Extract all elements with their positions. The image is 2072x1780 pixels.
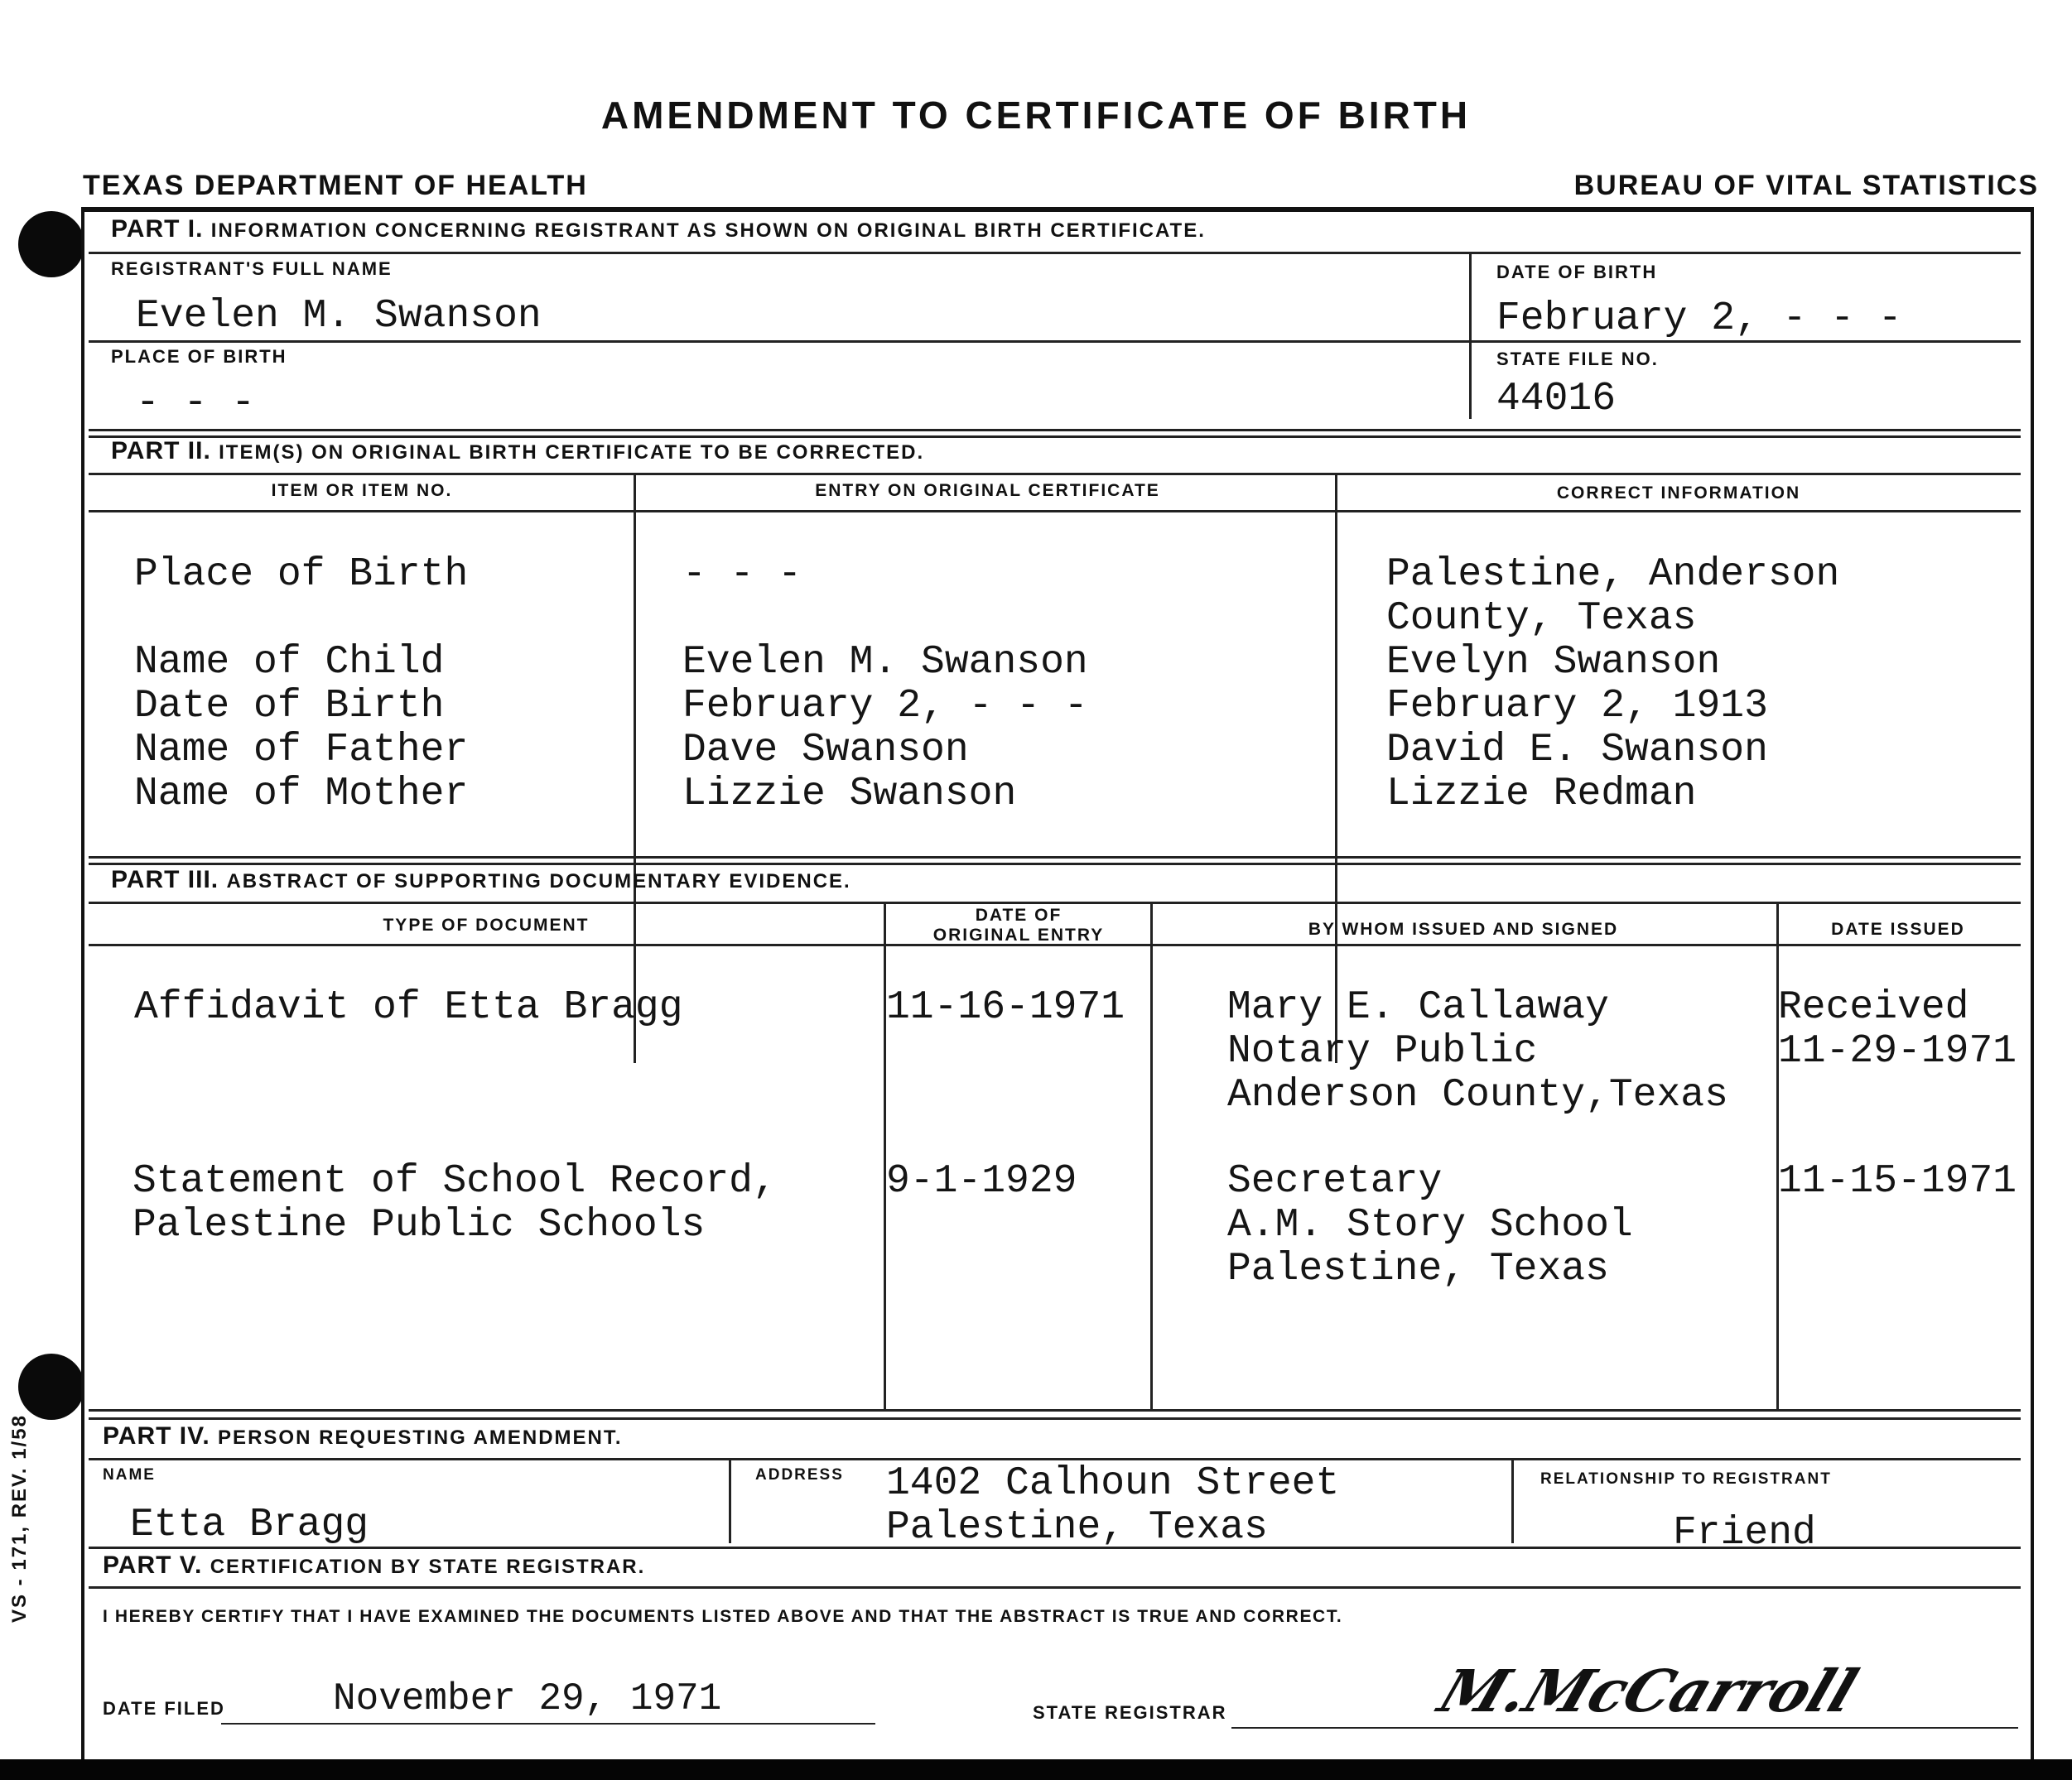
- file-no-value: 44016: [1496, 378, 1616, 421]
- punch-hole-top: [18, 211, 84, 277]
- document-title: AMENDMENT TO CERTIFICATE OF BIRTH: [0, 93, 2072, 137]
- part2-heading: PART II. ITEM(S) ON ORIGINAL BIRTH CERTI…: [111, 437, 924, 465]
- requester-address-value: 1402 Calhoun Street Palestine, Texas: [886, 1462, 1339, 1550]
- part2-correct-info: Palestine, Anderson County, Texas Evelyn…: [1386, 553, 1839, 816]
- relationship-label: RELATIONSHIP TO REGISTRANT: [1540, 1470, 1832, 1489]
- relationship-value: Friend: [1673, 1512, 1816, 1556]
- doc1-type: Affidavit of Etta Bragg: [134, 986, 683, 1030]
- part2-label: PART II.: [111, 437, 211, 464]
- doc2-date-entry: 9-1-1929: [886, 1160, 1077, 1204]
- dob-value: February 2, - - -: [1496, 297, 1902, 341]
- col-date-entry: DATE OF ORIGINAL ENTRY: [886, 906, 1151, 945]
- part3-title: ABSTRACT OF SUPPORTING DOCUMENTARY EVIDE…: [226, 870, 850, 892]
- part2-original-entries: - - - Evelen M. Swanson February 2, - - …: [682, 553, 1088, 816]
- date-filed-label: DATE FILED: [103, 1698, 225, 1720]
- full-name-value: Evelen M. Swanson: [136, 295, 542, 339]
- dob-label: DATE OF BIRTH: [1496, 262, 1657, 283]
- requester-name-value: Etta Bragg: [130, 1503, 369, 1547]
- part4-label: PART IV.: [103, 1422, 210, 1450]
- col-item: ITEM OR ITEM NO.: [89, 481, 635, 501]
- col-date-entry-line2: ORIGINAL ENTRY: [886, 926, 1151, 945]
- part5-title: CERTIFICATION BY STATE REGISTRAR.: [210, 1556, 646, 1578]
- full-name-label: REGISTRANT'S FULL NAME: [111, 258, 393, 280]
- col-type: TYPE OF DOCUMENT: [89, 916, 884, 936]
- registrar-label: STATE REGISTRAR: [1033, 1702, 1227, 1724]
- part1-label: PART I.: [111, 215, 203, 243]
- agency-right: BUREAU OF VITAL STATISTICS: [1574, 170, 2039, 202]
- scan-edge: [0, 1759, 2072, 1780]
- part3-heading: PART III. ABSTRACT OF SUPPORTING DOCUMEN…: [111, 866, 851, 894]
- col-correct: CORRECT INFORMATION: [1339, 483, 2018, 503]
- requester-name-label: NAME: [103, 1466, 156, 1484]
- place-of-birth-value: - - -: [136, 382, 255, 426]
- requester-address-label: ADDRESS: [755, 1466, 844, 1484]
- form-id: VS - 171, REV. 1/58: [8, 1414, 31, 1623]
- part2-items: Place of Birth Name of Child Date of Bir…: [134, 553, 468, 816]
- punch-hole-bottom: [18, 1354, 84, 1420]
- part3-label: PART III.: [111, 866, 219, 893]
- col-date-entry-line1: DATE OF: [886, 906, 1151, 926]
- doc1-issuer: Mary E. Callaway Notary Public Anderson …: [1227, 986, 1728, 1118]
- agency-left: TEXAS DEPARTMENT OF HEALTH: [83, 170, 588, 202]
- doc2-date-issued: 11-15-1971: [1778, 1160, 2017, 1204]
- part4-title: PERSON REQUESTING AMENDMENT.: [218, 1426, 622, 1449]
- form-frame: PART I. INFORMATION CONCERNING REGISTRAN…: [81, 207, 2034, 1764]
- part2-title: ITEM(S) ON ORIGINAL BIRTH CERTIFICATE TO…: [219, 441, 924, 464]
- registrar-signature: M.McCarroll: [1430, 1657, 1867, 1725]
- part4-heading: PART IV. PERSON REQUESTING AMENDMENT.: [103, 1422, 623, 1450]
- part5-heading: PART V. CERTIFICATION BY STATE REGISTRAR…: [103, 1551, 645, 1580]
- part5-label: PART V.: [103, 1551, 202, 1579]
- col-issuer: BY WHOM ISSUED AND SIGNED: [1153, 920, 1774, 940]
- certification-statement: I HEREBY CERTIFY THAT I HAVE EXAMINED TH…: [103, 1607, 1342, 1627]
- doc2-type: Statement of School Record, Palestine Pu…: [133, 1160, 777, 1248]
- part1-title: INFORMATION CONCERNING REGISTRANT AS SHO…: [211, 219, 1206, 242]
- doc2-issuer: Secretary A.M. Story School Palestine, T…: [1227, 1160, 1633, 1292]
- date-filed-value: November 29, 1971: [333, 1677, 721, 1720]
- col-date-issued: DATE ISSUED: [1778, 920, 2018, 940]
- doc1-date-issued: Received 11-29-1971: [1778, 986, 2017, 1074]
- part1-heading: PART I. INFORMATION CONCERNING REGISTRAN…: [111, 215, 1206, 243]
- place-of-birth-label: PLACE OF BIRTH: [111, 346, 287, 368]
- file-no-label: STATE FILE NO.: [1496, 349, 1659, 370]
- doc1-date-entry: 11-16-1971: [886, 986, 1125, 1030]
- col-original: ENTRY ON ORIGINAL CERTIFICATE: [638, 481, 1337, 501]
